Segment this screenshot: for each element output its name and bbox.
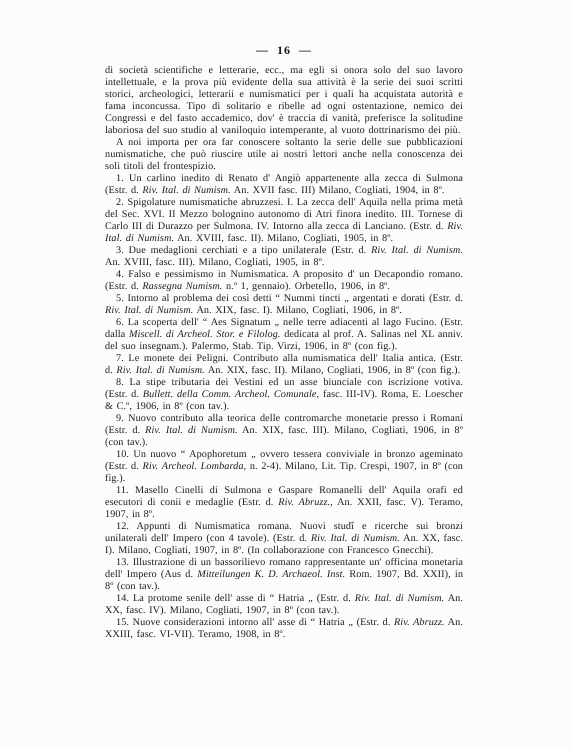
journal-title: Riv. Abruzz.	[394, 617, 445, 628]
journal-title: Bullett. della Comm. Archeol. Comunale,	[143, 389, 319, 400]
journal-title: Riv. Ital. di Numism.	[105, 305, 193, 316]
journal-title: Riv. Archeol. Lombarda,	[143, 461, 247, 472]
text-run: 3. Due medaglioni cerchiati e a tipo uni…	[116, 245, 371, 256]
bibliography-item-8: 8. La stipe tributaria dei Vestini ed un…	[105, 377, 463, 413]
scanned-page: — 16 — di società scientifiche e lettera…	[0, 0, 571, 750]
journal-title: Riv. Ital. di Numism.	[142, 185, 230, 196]
journal-title: Riv. Ital. di Numism.	[355, 593, 445, 604]
journal-title: Mitteilungen K. D. Archaeol. Inst.	[197, 569, 345, 580]
text-run: 15. Nuove considerazioni intorno all' as…	[116, 617, 394, 628]
bibliography-item-7: 7. Le monete dei Peligni. Contributo all…	[105, 353, 463, 377]
journal-title: Riv. Ital. di Numism.	[311, 533, 400, 544]
text-run: An. XIX, fasc. II). Milano, Cogliati, 19…	[205, 365, 460, 376]
text-run: An. XVIII, fasc. III). Milano, Cogliati,…	[105, 257, 325, 268]
bibliography-item-11: 11. Masello Cinelli di Sulmona e Gaspare…	[105, 485, 463, 521]
journal-title: Rassegna Numism.	[142, 281, 222, 292]
bibliography-item-6: 6. La scoperta dell' “ Aes Signatum „ ne…	[105, 317, 463, 353]
bibliography-item-15: 15. Nuove considerazioni intorno all' as…	[105, 617, 463, 641]
text-run: n.º 1, gennaio). Orbetello, 1906, in 8º.	[222, 281, 390, 292]
bibliography-item-1: 1. Un carlino inedito di Renato d' Angiò…	[105, 173, 463, 197]
bibliography-item-4: 4. Falso e pessimismo in Numismatica. A …	[105, 269, 463, 293]
text-run: di società scientifiche e letterarie, ec…	[105, 65, 463, 136]
page-text: di società scientifiche e letterarie, ec…	[105, 65, 463, 641]
text-run: A noi importa per ora far conoscere solt…	[105, 137, 463, 172]
journal-title: Riv. Ital. di Numism.	[116, 365, 204, 376]
bibliography-item-12: 12. Appunti di Numismatica romana. Nuovi…	[105, 521, 463, 557]
journal-title: Miscell. di Archeol. Stor. e Filolog.	[129, 329, 281, 340]
text-run: 2. Spigolature numismatiche abruzzesi. I…	[105, 197, 463, 232]
journal-title: Riv. Ital. di Numism.	[371, 245, 463, 256]
bibliography-item-9: 9. Nuovo contributo alla teorica delle c…	[105, 413, 463, 449]
text-run: An. XVII fasc. III) Milano, Cogliati, 19…	[231, 185, 445, 196]
bibliography-item-14: 14. La protome senile dell' asse di “ Ha…	[105, 593, 463, 617]
text-run: An. XIX, fasc. I). Milano, Cogliati, 190…	[193, 305, 402, 316]
journal-title: Riv. Abruzz.,	[278, 497, 333, 508]
bibliography-item-10: 10. Un nuovo “ Apophoretum „ ovvero tess…	[105, 449, 463, 485]
bibliography-item-2: 2. Spigolature numismatiche abruzzesi. I…	[105, 197, 463, 245]
bibliography-item-5: 5. Intorno al problema dei così detti “ …	[105, 293, 463, 317]
bibliography-item-13: 13. Illustrazione di un bassorilievo rom…	[105, 557, 463, 593]
text-run: 5. Intorno al problema dei così detti “ …	[116, 293, 463, 304]
intro-paragraph-2: A noi importa per ora far conoscere solt…	[105, 137, 463, 173]
journal-title: Riv. Ital. di Numism.	[145, 425, 238, 436]
bibliography-item-3: 3. Due medaglioni cerchiati e a tipo uni…	[105, 245, 463, 269]
text-run: 14. La protome senile dell' asse di “ Ha…	[116, 593, 355, 604]
text-run: An. XVIII, fasc. II). Milano, Cogliati, …	[174, 233, 393, 244]
intro-paragraph-continued: di società scientifiche e letterarie, ec…	[105, 65, 463, 137]
page-number: — 16 —	[105, 43, 463, 58]
